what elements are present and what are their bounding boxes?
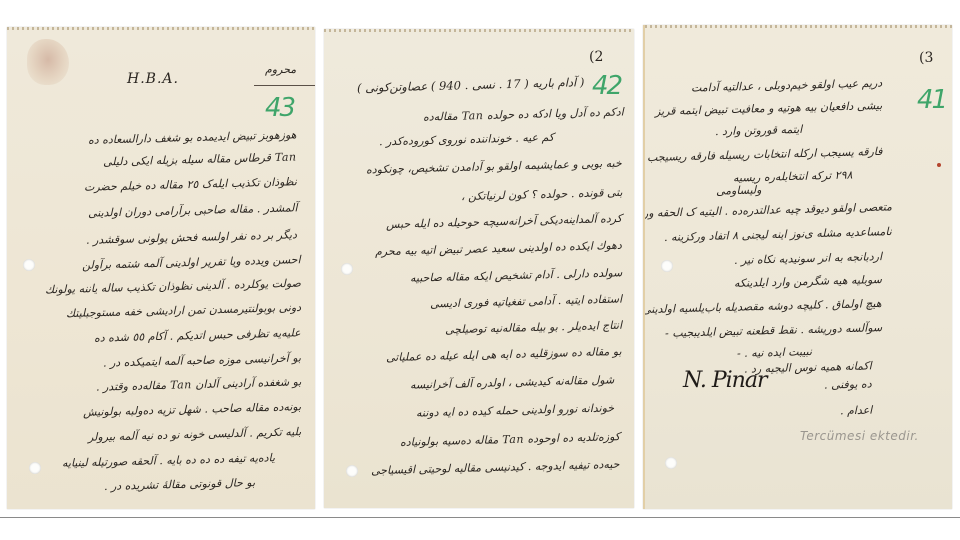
handwritten-line: نبیبت ایده نیه . - bbox=[737, 346, 812, 360]
handwritten-line: بو حال قونوتی مقالهٔ تشریده در . bbox=[104, 477, 255, 493]
pencil-annotation: Tercümesi ektedir. bbox=[800, 429, 919, 443]
handwritten-line: اردبانجه‌ به انر سونیدیه نکاه نیر . bbox=[734, 251, 882, 267]
handwritten-line: ۲۹۸ ترکه انتخابله‌ره ریسیه bbox=[732, 169, 852, 184]
handwritten-line: خبه بوبی و عمایشیمه اولقو بو آدامدن تشخی… bbox=[366, 158, 622, 177]
handwritten-line: دهوك ایکده ده اولدینی سعید عصر تبیض اتیه… bbox=[375, 240, 622, 258]
manuscript-page-2: (2 42 ( آدام باریه ( 17 . نسی . 940 ) عص… bbox=[324, 29, 634, 508]
archive-page-number: 41 bbox=[917, 85, 946, 115]
handwritten-line: Tan قرطاس مقاله سیله بزیله ایکی دلیلی bbox=[103, 151, 297, 168]
handwritten-line: بلیه تکریم . آلدلیسی خونه نو ده نیه آلمه… bbox=[88, 426, 302, 444]
handwritten-line: ایتمه قوروتن وارد . bbox=[715, 124, 803, 138]
handwritten-line: کوزه‌تلدیه ده اوحوده Tan مقاله ده‌سیه بو… bbox=[400, 431, 620, 449]
perforated-edge bbox=[645, 25, 952, 28]
handwritten-line: نامساعدیه مشله ی‌نوز اینه لیجنی ۸ اتفاد … bbox=[664, 226, 892, 244]
handwritten-line: علیه‌یه تظرفی حبس اتدیکم . آکام ٥٥ شده د… bbox=[94, 327, 301, 344]
handwritten-line: فارقه یسیجب ارکله انتخابات ریسیله فارقه … bbox=[646, 146, 882, 164]
handwritten-line: بتی قونده . حولده ؟ کون لرنیاتکن ، bbox=[460, 187, 622, 203]
handwritten-line: هوزهوبز تبیض ایدیمده بو شغف دارالسعاده د… bbox=[88, 129, 297, 146]
handwritten-line: بو مقاله ده سوزقلیه ده ایه هی ایله عیله … bbox=[386, 346, 622, 364]
handwritten-line: یاده‌یه تیفه ده ده ده بایه . آلحقه صورتی… bbox=[62, 452, 275, 470]
punch-hole bbox=[346, 465, 358, 477]
perforated-edge bbox=[324, 29, 634, 32]
manuscript-page-1: H.B.A. محروم 43 هوزهوبز تبیض ایدیمده بو … bbox=[7, 27, 315, 509]
date-line: ( آدام باریه ( 17 . نسی . 940 ) عصاوتن‌ک… bbox=[356, 76, 584, 94]
handwritten-line: سوآلسه دوریشه . نقط قطعنه تبیض ایلدیبجیب… bbox=[665, 322, 882, 340]
handwritten-line: کم عیه . خونداننده نوروی کوروده‌کدر . bbox=[379, 132, 554, 149]
handwritten-line: ده یوفنی . bbox=[824, 378, 872, 391]
handwritten-line: سوبلیه هیه شگرمن وارد ایلدینکه bbox=[734, 274, 882, 290]
header-initials: H.B.A. bbox=[127, 71, 179, 87]
handwritten-line: ادکم ده آدل ویا ادکه ده حولده Tan مقاله‌… bbox=[423, 106, 624, 123]
punch-hole bbox=[29, 462, 41, 474]
handwritten-line: سولده دارلی . آدام تشخیص ایکه مقاله صاحب… bbox=[410, 267, 623, 285]
handwritten-line: نظوذان تکذیب ایله‌ک ٢٥ مقاله ده خیلم حضر… bbox=[84, 176, 297, 194]
paper-stain bbox=[27, 39, 69, 85]
handwritten-line: هیچ اولماق . کلیچه دوشه مقصدیله باب‌یلسی… bbox=[643, 298, 882, 316]
handwritten-line: بیشی دافعیان بیه هوتیه و معافیت تبیض ایت… bbox=[655, 100, 882, 118]
handwritten-line: انتاج ایده‌یلر . بو بیله مقاله‌نیه توصیل… bbox=[445, 320, 622, 337]
handwritten-line: بونه‌ده مقاله صاحب . شهل تزیه ده‌ولبه بو… bbox=[83, 401, 301, 419]
handwritten-line: آلمشدر . مقاله صاحبی برآرامی دوران اولدی… bbox=[87, 202, 297, 219]
handwritten-line: ولیساومی bbox=[716, 184, 762, 197]
signature: N. Pinar bbox=[683, 368, 766, 393]
page-sequence-mark: (3 bbox=[919, 50, 933, 66]
handwritten-line: احسن ویدده ویا تفریر اولدینی آلمه شتمه ب… bbox=[82, 254, 301, 272]
archive-page-number: 42 bbox=[592, 71, 621, 101]
handwritten-line: دونی بوبولنتیرمسدن تمن ارادیشی خفه مستوج… bbox=[66, 302, 301, 320]
handwritten-line: خوندانه نورو اولدینی حمله کیده ده ایه دو… bbox=[416, 402, 614, 419]
archive-page-number: 43 bbox=[265, 93, 294, 123]
punch-hole bbox=[341, 263, 353, 275]
punch-hole bbox=[665, 457, 677, 469]
manuscript-page-3: (3 41 دریم عیب اولقو خیم‌دوبلی ، عدالتیه… bbox=[643, 25, 952, 509]
page-sequence-mark: (2 bbox=[589, 49, 603, 65]
perforated-edge bbox=[7, 27, 315, 30]
handwritten-line: شول مقاله‌نه کیدیشی ، اولدره آلف آخرانیس… bbox=[410, 374, 614, 391]
handwritten-line: بو شغفده آرادینی آلدان Tan مقاله‌ده وقتد… bbox=[96, 376, 302, 393]
handwritten-line: صولت یوکلرده . آلدینی نظوذان تکذیب ساله … bbox=[45, 278, 301, 297]
punch-hole bbox=[23, 259, 35, 271]
punch-hole bbox=[661, 260, 673, 272]
handwritten-line: دریم عیب اولقو خیم‌دوبلی ، عدالتیه آدامت bbox=[691, 77, 883, 94]
header-underline bbox=[254, 85, 315, 86]
handwritten-line: حیه‌ده تیفیه ایدوجه . کیدنیسی مقالیه لوح… bbox=[371, 459, 620, 478]
handwritten-line: استفاده ایتیه . آدامی تفغیاتیه فوری ادیس… bbox=[430, 293, 622, 310]
handwritten-line: کرده آلمداینه‌دیکی آخرانه‌سیچه حوحیله ده… bbox=[386, 213, 622, 231]
handwritten-line: بو آخرانیسی موزه صاحبه آلمه ایتمیکده در … bbox=[103, 352, 301, 369]
handwritten-line: دیگر بر ده نفر اولسه فحش یولونی سوقشدر . bbox=[86, 229, 297, 247]
ink-dot bbox=[937, 163, 941, 167]
bottom-divider bbox=[0, 517, 960, 518]
header-note: محروم bbox=[265, 63, 296, 76]
handwritten-line: اعدام . bbox=[840, 405, 873, 418]
handwritten-line: متعصی اولقو دیوقد چیه عدالتدره‌ده . الیت… bbox=[643, 201, 892, 220]
